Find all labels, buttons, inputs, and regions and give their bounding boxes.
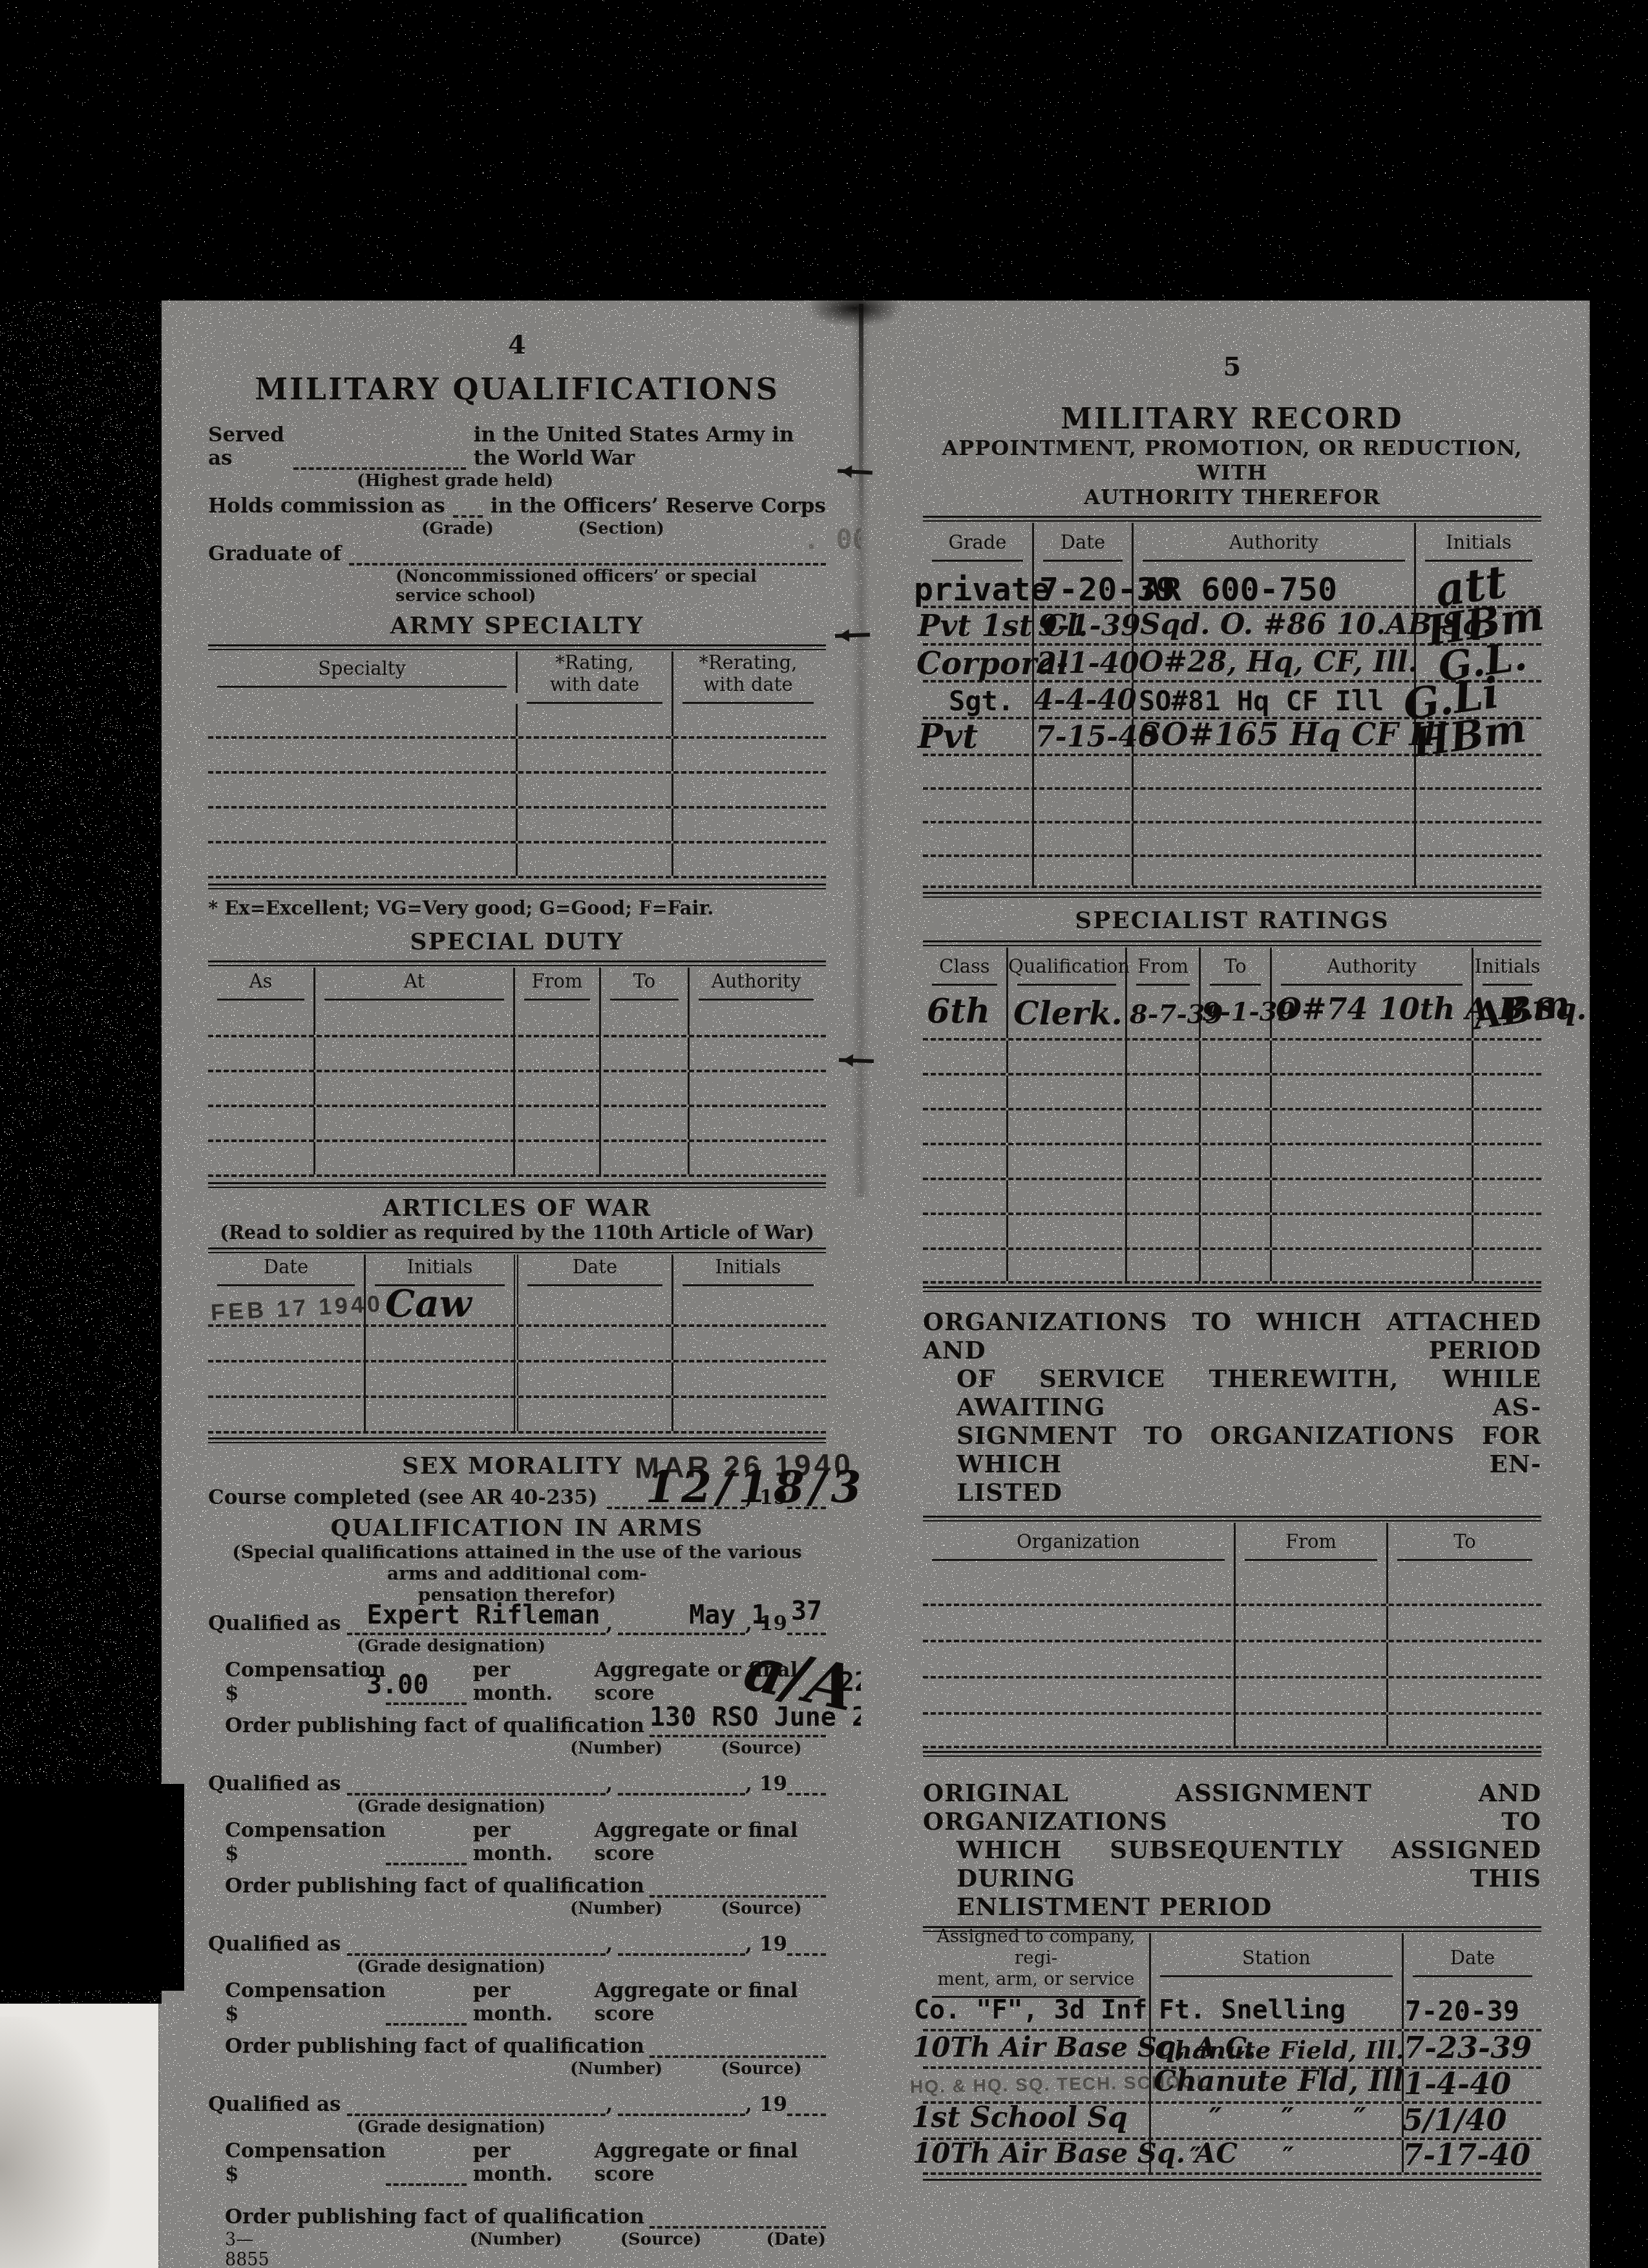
binding-smudge: [807, 290, 903, 327]
rule: [923, 1286, 1541, 1292]
col-header-from: From: [515, 968, 601, 1002]
scan-shadow-bottom-left: [0, 2017, 110, 2268]
qualified-as-blank: Expert Rifleman: [347, 1613, 606, 1635]
articles-row-filled: FEB 17 1940 Caw: [208, 1287, 826, 1327]
col-header-initials: Initials: [1474, 948, 1541, 993]
empty-row: [208, 1398, 826, 1434]
organizations-table-header: Organization From To: [923, 1523, 1541, 1568]
year-label: , 19: [745, 2093, 787, 2116]
initials-handwritten: Caw: [385, 1282, 472, 1326]
col-header-initials: Initials: [673, 1255, 823, 1287]
compensation-label: Compensation $: [225, 1659, 386, 1705]
qualification-block-2: Qualified as , , 19 (Grade designation) …: [208, 1772, 826, 1918]
rule: [923, 516, 1541, 522]
date-value: 7-23-39: [1404, 2030, 1532, 2065]
class-value: 6th: [927, 991, 990, 1031]
appointment-row: private 7-20-39 AR 600-750 att: [923, 569, 1541, 608]
organizations-heading-2: OF SERVICE THEREWITH, WHILE AWAITING AS-: [923, 1364, 1541, 1421]
org-value: Co. "F", 3d Inf: [914, 1995, 1147, 2025]
date-value: 9-1-39: [1038, 609, 1141, 642]
order-blank: 130 RSO June 29, 1937.: [650, 1715, 826, 1737]
order-label: Order publishing fact of qualification: [225, 1714, 644, 1737]
assignment-heading-1: ORIGINAL ASSIGNMENT AND ORGANIZATIONS TO: [923, 1779, 1541, 1836]
special-duty-table: As At From To Authority: [208, 968, 826, 1002]
appointment-row: Pvt 7-15-40 SO#165 Hq CF Ill HBm: [923, 719, 1541, 756]
caption-source: (Source): [721, 2059, 802, 2079]
rule: [923, 2179, 1541, 2181]
col-header-from: From: [1236, 1523, 1388, 1568]
caption-number: (Number): [570, 1739, 662, 1758]
rule: [208, 644, 826, 650]
caption-grade: (Grade): [421, 519, 494, 538]
assignment-row: HQ. & HQ. SQ. TECH. SCHOOL Chanute Fld, …: [923, 2069, 1541, 2104]
year-blank: 37: [787, 1613, 826, 1635]
rule: [208, 1247, 826, 1253]
scanned-document: { "page4": { "page_number": "4", "title"…: [0, 0, 1648, 2268]
compensation-blank: [386, 1843, 467, 1865]
order-blank: [650, 2206, 826, 2229]
compensation-label: Compensation $: [225, 1979, 386, 2026]
date-value: 4-4-40: [1034, 684, 1137, 717]
army-specialty-table: Specialty *Rating, with date *Rerating, …: [208, 652, 826, 704]
order-blank: [650, 1875, 826, 1898]
empty-row: [208, 1002, 826, 1037]
empty-row: [923, 1715, 1541, 1748]
caption-number: (Number): [470, 2230, 562, 2268]
order-label: Order publishing fact of qualification: [225, 2205, 644, 2229]
qualified-date-blank: [618, 1773, 745, 1796]
page-4-content: 4 MILITARY QUALIFICATIONS Served as in t…: [160, 330, 862, 2268]
station-value: Chanute Fld, Ill: [1154, 2065, 1404, 2098]
station-ditto: ″ ″ ″: [1209, 2103, 1366, 2136]
caption-date: (Date): [766, 2230, 826, 2268]
graduate-caption: (Noncommissioned officers’ or special se…: [396, 567, 826, 606]
caption-number: (Number): [570, 2059, 662, 2079]
col-header-rating: *Rating, with date: [518, 652, 673, 704]
rule: [208, 884, 826, 889]
commission-blank: [453, 495, 483, 518]
compensation-blank: [386, 2163, 467, 2186]
col-header-to: To: [1388, 1523, 1541, 1568]
served-as-caption: (Highest grade held): [357, 471, 826, 491]
col-header-date: Date: [1404, 1933, 1541, 1990]
grade-designation-caption: (Grade designation): [357, 1957, 826, 1977]
page-5-subtitle-2: AUTHORITY THEREFOR: [923, 485, 1541, 509]
qualification-note-1: (Special qualifications attained in the …: [208, 1542, 826, 1584]
empty-row: [208, 774, 826, 809]
col-header-specialty: Specialty: [208, 652, 518, 693]
empty-row: [208, 1327, 826, 1362]
per-month-label: per month.: [473, 1979, 576, 2026]
aggregate-label: Aggregate or final score: [595, 2139, 819, 2186]
empty-row: [208, 843, 826, 878]
page-5-number: 5: [923, 352, 1541, 382]
order-blank: [650, 2035, 826, 2058]
empty-row: [923, 1076, 1541, 1110]
qualified-date-value: May 1: [689, 1600, 766, 1630]
binding-streak: [859, 304, 863, 517]
qualified-as-value: Expert Rifleman: [366, 1600, 600, 1630]
empty-row: [208, 1037, 826, 1072]
authority-value: AR 600-750: [1143, 571, 1337, 608]
page-4-title: MILITARY QUALIFICATIONS: [208, 372, 826, 407]
col-header-assigned-2: ment, arm, or service: [923, 1968, 1149, 1989]
compensation-value: 3.00: [366, 1670, 428, 1700]
date-value: 7-17-40: [1402, 2137, 1530, 2172]
col-header-to: To: [601, 968, 690, 1002]
empty-row: [923, 1180, 1541, 1215]
col-header-station: Station: [1151, 1933, 1404, 1990]
qualification-block-4: Qualified as , , 19 (Grade designation) …: [208, 2093, 826, 2268]
page-4-number: 4: [208, 330, 826, 360]
caption-number: (Number): [570, 1899, 662, 1918]
empty-row: [923, 1679, 1541, 1715]
army-specialty-rows: [208, 704, 826, 878]
empty-row: [923, 1215, 1541, 1250]
specialist-ratings-title: SPECIALIST RATINGS: [923, 907, 1541, 934]
date-value: 2-1-40: [1037, 647, 1139, 680]
compensation-label: Compensation $: [225, 2139, 386, 2186]
empty-row: [923, 1606, 1541, 1642]
rating-footnote: * Ex=Excellent; VG=Very good; G=Good; F=…: [208, 897, 826, 919]
org-value: 1st School Sq: [911, 2101, 1128, 2134]
assignment-row: 10Th Air Base Sq, A.C. Chanute Field, Il…: [923, 2031, 1541, 2069]
page-4: 4 MILITARY QUALIFICATIONS Served as in t…: [158, 292, 862, 2268]
book-edge-crease: [1594, 288, 1600, 2268]
authority-value: O#28, Hq, CF, Ill.: [1139, 646, 1418, 679]
appointment-row: Pvt 1st Cl. 9-1-39 Sqd. O. #86 10.AB.Sq.…: [923, 608, 1541, 646]
station-value: Ft. Snelling: [1159, 1995, 1346, 2025]
qualified-as-blank: [347, 1933, 606, 1956]
col-header-organization: Organization: [923, 1523, 1236, 1568]
qualified-year-value: 37: [791, 1596, 822, 1626]
grade-value: Sgt.: [949, 685, 1014, 717]
caption-source: (Source): [620, 2230, 702, 2268]
station-value: Chanute Field, Ill.: [1155, 2035, 1404, 2064]
course-completed-blank: 12/18/39: [607, 1487, 746, 1509]
qualified-date-blank: [618, 2093, 745, 2116]
rule: [923, 940, 1541, 946]
empty-row: [923, 790, 1541, 823]
articles-table-header: Date Initials Date Initials: [208, 1255, 826, 1287]
year-blank: [787, 1933, 826, 1956]
col-header-authority: Authority: [1134, 523, 1416, 569]
col-header-from: From: [1127, 948, 1201, 993]
qualified-as-blank: [347, 2093, 606, 2116]
assignment-table-header: Assigned to company, regi- ment, arm, or…: [923, 1933, 1541, 1990]
commission-suffix: in the Officers’ Reserve Corps: [491, 494, 826, 518]
col-header-rerating: *Rerating, with date: [673, 652, 823, 704]
rule: [923, 1516, 1541, 1521]
caption-source: (Source): [721, 1899, 802, 1918]
authority-value: SO#165 Hq CF Ill: [1139, 717, 1447, 753]
empty-row: [208, 1072, 826, 1107]
empty-row: [208, 1362, 826, 1398]
rule: [208, 960, 826, 966]
noise-left-band: [0, 291, 162, 2004]
staple-mark: [839, 1058, 874, 1063]
noise-top-band: [0, 0, 1648, 301]
assignment-row: 10Th Air Base Sq. AC ″ ″ 7-17-40: [923, 2140, 1541, 2175]
served-as-blank: [293, 447, 466, 470]
compensation-label: Compensation $: [225, 1819, 386, 1865]
graduate-blank: [349, 543, 826, 566]
empty-row: [923, 756, 1541, 790]
grade-value: Pvt: [918, 717, 978, 756]
col-header-assigned: Assigned to company, regi- ment, arm, or…: [923, 1933, 1151, 1990]
compensation-blank: [386, 2003, 467, 2026]
col-header-date: Date: [208, 1255, 366, 1287]
rule: [923, 1751, 1541, 1757]
page-5-content: 5 MILITARY RECORD APPOINTMENT, PROMOTION…: [861, 352, 1541, 2181]
specialist-table-header: Class Qualification From To Authority In…: [923, 948, 1541, 993]
served-as-suffix: in the United States Army in the World W…: [474, 423, 826, 470]
empty-row: [208, 704, 826, 739]
year-label: , 19: [745, 1933, 787, 1956]
special-duty-rows: [208, 1002, 826, 1177]
per-month-label: per month.: [473, 1819, 576, 1865]
col-header-as: As: [208, 968, 315, 1002]
col-header-assigned-1: Assigned to company, regi-: [923, 1925, 1149, 1968]
per-month-label: per month.: [473, 2139, 576, 2186]
graduate-line: Graduate of: [208, 542, 826, 566]
empty-row: [208, 1107, 826, 1142]
col-header-to: To: [1201, 948, 1272, 993]
aggregate-label: Aggregate or final score: [595, 1979, 819, 2026]
commission-captions: (Grade) (Section): [421, 519, 826, 538]
qualification-title: QUALIFICATION IN ARMS: [208, 1514, 826, 1542]
empty-row: [923, 823, 1541, 857]
empty-row: [923, 857, 1541, 888]
qualification-value: Clerk.: [1013, 994, 1123, 1032]
qualification-block-3: Qualified as , , 19 (Grade designation) …: [208, 1933, 826, 2079]
assignment-heading: ORIGINAL ASSIGNMENT AND ORGANIZATIONS TO…: [923, 1779, 1541, 1921]
empty-row: [208, 739, 826, 774]
date-stamp: FEB 17 1940: [210, 1290, 384, 1326]
assignment-heading-3: ENLISTMENT PERIOD: [923, 1892, 1541, 1921]
compensation-blank: 3.00: [386, 1682, 467, 1705]
qualified-as-blank: [347, 1773, 606, 1796]
empty-row: [923, 1110, 1541, 1145]
col-header-class: Class: [923, 948, 1008, 993]
order-label: Order publishing fact of qualification: [225, 2035, 644, 2058]
course-completed-label: Course completed (see AR 40-235): [208, 1486, 598, 1509]
date-value: 5/1/40: [1402, 2103, 1507, 2137]
year-blank: [787, 1773, 826, 1796]
grade-designation-caption: (Grade designation): [357, 2117, 826, 2137]
caption-source: (Source): [721, 1739, 802, 1758]
empty-row: [208, 809, 826, 843]
page-5-subtitle-1: APPOINTMENT, PROMOTION, OR REDUCTION, WI…: [923, 436, 1541, 485]
qualified-date-blank: [618, 1933, 745, 1956]
sex-morality-title: SEX MORALITY: [402, 1452, 623, 1479]
grade-value: private: [914, 571, 1050, 608]
grade-designation-caption: (Grade designation): [357, 1797, 826, 1816]
empty-row: [208, 1142, 826, 1177]
authority-value: SO#81 Hq CF Ill: [1139, 685, 1384, 717]
empty-row: [923, 1568, 1541, 1606]
army-specialty-title: ARMY SPECIALTY: [208, 612, 826, 639]
empty-row: [923, 1642, 1541, 1679]
year-blank: [787, 2093, 826, 2116]
year-label: , 19: [745, 1772, 787, 1796]
caption-section: (Section): [578, 519, 664, 538]
rule: [208, 1182, 826, 1188]
commission-label: Holds commission as: [208, 494, 445, 518]
qualified-as-label: Qualified as: [208, 1933, 341, 1956]
col-header-at: At: [315, 968, 515, 1002]
assignment-heading-2: WHICH SUBSEQUENTLY ASSIGNED DURING THIS: [923, 1836, 1541, 1892]
articles-of-war-title: ARTICLES OF WAR: [208, 1194, 826, 1222]
organizations-heading-4: LISTED: [923, 1478, 1541, 1507]
organizations-heading-3: SIGNMENT TO ORGANIZATIONS FOR WHICH EN-: [923, 1421, 1541, 1478]
assignment-row: 1st School Sq ″ ″ ″ 5/1/40: [923, 2104, 1541, 2140]
course-year-blank: [787, 1487, 826, 1509]
organizations-heading-1: ORGANIZATIONS TO WHICH ATTACHED AND PERI…: [923, 1308, 1541, 1364]
organizations-heading: ORGANIZATIONS TO WHICH ATTACHED AND PERI…: [923, 1308, 1541, 1507]
graduate-label: Graduate of: [208, 542, 341, 566]
col-header-authority: Authority: [690, 968, 823, 1002]
per-month-label: per month.: [473, 1659, 576, 1705]
noise-left-patch: [0, 1784, 184, 1991]
col-header-authority: Authority: [1272, 948, 1474, 993]
page-5: 5 MILITARY RECORD APPOINTMENT, PROMOTION…: [861, 292, 1605, 2268]
assignment-row: Co. "F", 3d Inf Ft. Snelling 7-20-39: [923, 1990, 1541, 2031]
qualified-as-label: Qualified as: [208, 1612, 341, 1635]
rule: [208, 1437, 826, 1443]
qualified-date-blank: May 1: [618, 1613, 745, 1635]
col-header-date: Date: [1034, 523, 1134, 569]
served-as-line: Served as in the United States Army in t…: [208, 423, 826, 470]
empty-row: [923, 1041, 1541, 1076]
special-duty-title: SPECIAL DUTY: [208, 928, 826, 955]
aggregate-label: Aggregate or final score: [595, 1819, 819, 1865]
commission-line: Holds commission as in the Officers’ Res…: [208, 494, 826, 518]
served-as-label: Served as: [208, 423, 286, 470]
qualified-as-label: Qualified as: [208, 2093, 341, 2116]
col-header-qualification: Qualification: [1008, 948, 1127, 993]
articles-of-war-subtitle: (Read to soldier as required by the 110t…: [208, 1222, 826, 1244]
specialist-row: 6th Clerk. 8-7-39 9-1-39 O#74 10th A.B.S…: [923, 993, 1541, 1041]
qualified-as-label: Qualified as: [208, 1772, 341, 1796]
qualification-block-1: a/A Qualified as Expert Rifleman , May 1…: [208, 1612, 826, 1758]
empty-row: [923, 1250, 1541, 1284]
date-value: 7-20-39: [1405, 1995, 1519, 2027]
course-completed-line: Course completed (see AR 40-235) 12/18/3…: [208, 1486, 826, 1509]
col-header-date: Date: [518, 1255, 673, 1287]
station-ditto: ″ ″: [1190, 2141, 1294, 2172]
order-label: Order publishing fact of qualification: [225, 1874, 644, 1898]
col-header-grade: Grade: [923, 523, 1034, 569]
date-value: 1-4-40: [1404, 2066, 1511, 2101]
empty-row: [923, 1145, 1541, 1180]
form-number: 3—8855: [225, 2230, 276, 2268]
page-5-title: MILITARY RECORD: [923, 403, 1541, 436]
rule: [923, 892, 1541, 898]
